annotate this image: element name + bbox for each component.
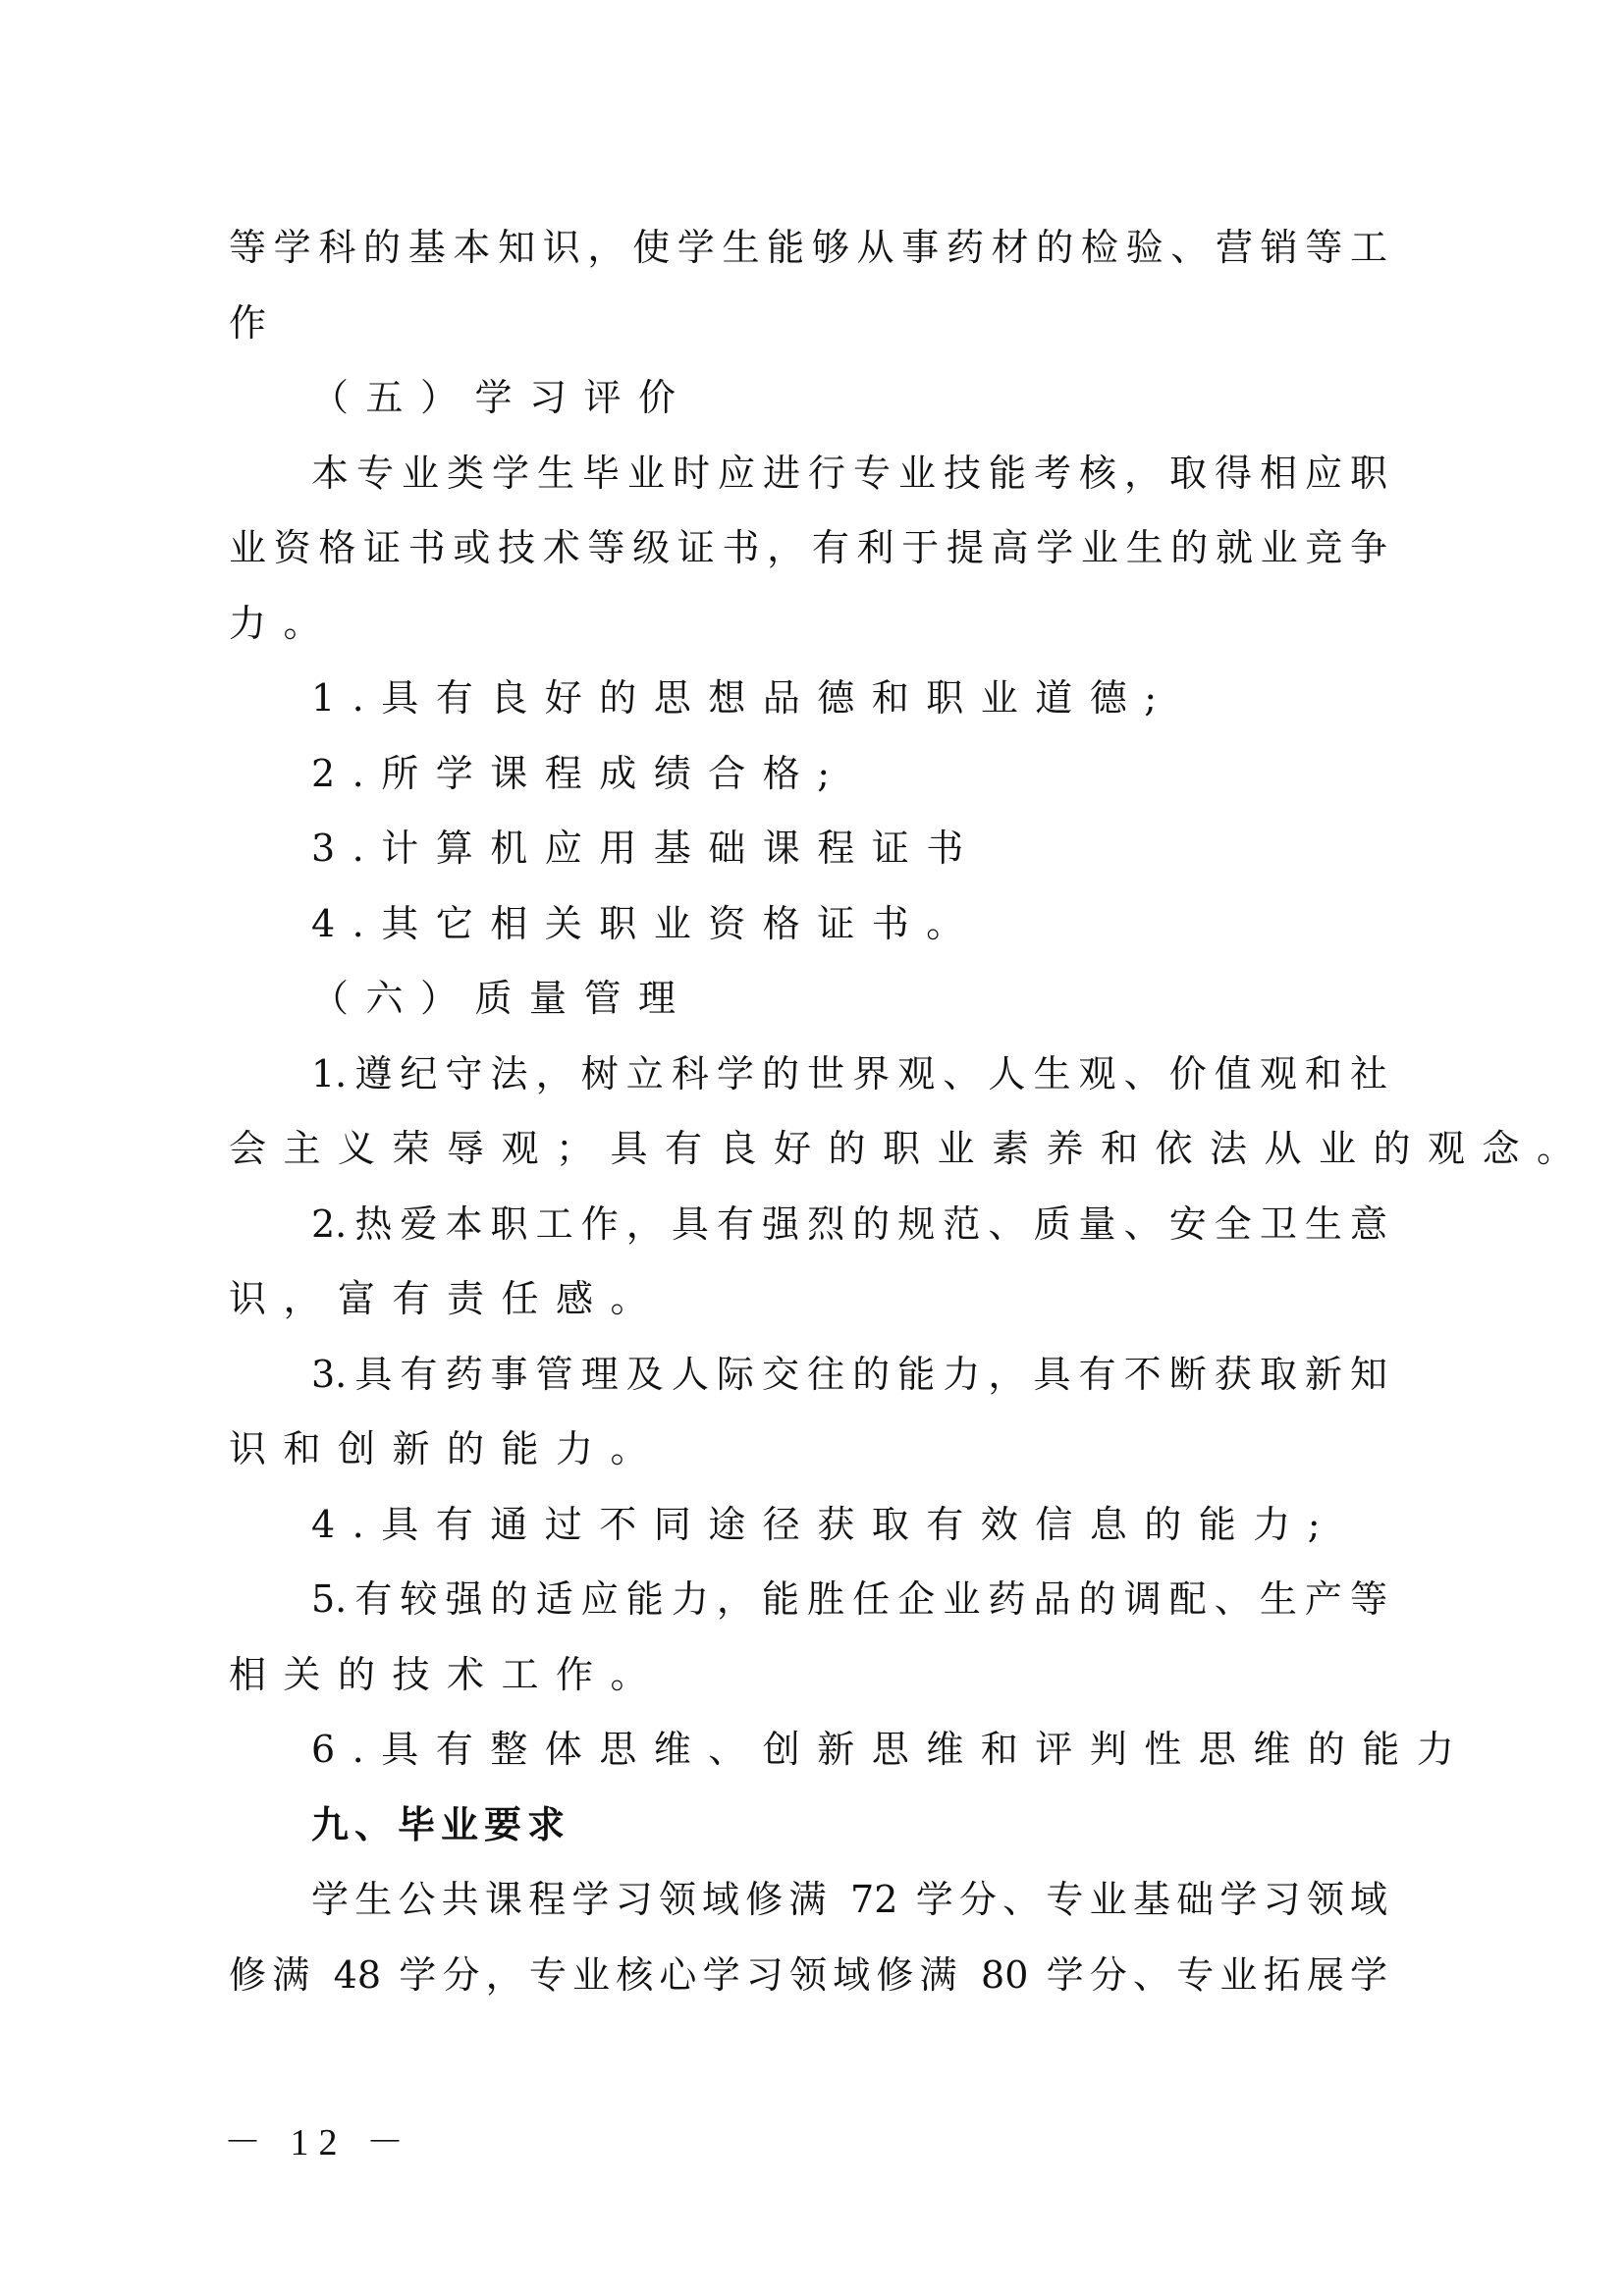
list-item: 4.具有通过不同途径获取有效信息的能力; xyxy=(229,1487,1387,1563)
paragraph-line: 力。 xyxy=(229,586,1387,662)
paragraph-line: 本专业类学生毕业时应进行专业技能考核，取得相应职 xyxy=(229,436,1387,511)
list-item-continuation: 识，富有责任感。 xyxy=(229,1261,1387,1337)
document-page: 等学科的基本知识，使学生能够从事药材的检验、营销等工 作 （五）学习评价 本专业… xyxy=(0,0,1624,2296)
page-number: － 12 － xyxy=(224,2118,413,2167)
list-item: 5.有较强的适应能力，能胜任企业药品的调配、生产等 xyxy=(229,1562,1387,1637)
list-item-continuation: 识和创新的能力。 xyxy=(229,1412,1387,1487)
list-item-continuation: 相关的技术工作。 xyxy=(229,1637,1387,1713)
list-item: 3.具有药事管理及人际交往的能力，具有不断获取新知 xyxy=(229,1337,1387,1413)
section-heading-study-evaluation: （五）学习评价 xyxy=(229,360,1387,436)
list-item-continuation: 会主义荣辱观；具有良好的职业素养和依法从业的观念。 xyxy=(229,1111,1387,1187)
paragraph-line: 学生公共课程学习领域修满 72 学分、专业基础学习领域 xyxy=(229,1862,1387,1938)
paragraph-line: 业资格证书或技术等级证书，有利于提高学业生的就业竞争 xyxy=(229,510,1387,586)
list-item: 4.其它相关职业资格证书。 xyxy=(229,886,1387,962)
document-body: 等学科的基本知识，使学生能够从事药材的检验、营销等工 作 （五）学习评价 本专业… xyxy=(229,210,1387,2012)
paragraph-line: 等学科的基本知识，使学生能够从事药材的检验、营销等工 xyxy=(229,210,1387,286)
list-item: 1.具有良好的思想品德和职业道德; xyxy=(229,661,1387,736)
section-heading-quality-management: （六）质量管理 xyxy=(229,961,1387,1037)
list-item: 2.热爱本职工作，具有强烈的规范、质量、安全卫生意 xyxy=(229,1187,1387,1262)
list-item: 3.计算机应用基础课程证书 xyxy=(229,811,1387,886)
list-item: 2.所学课程成绩合格; xyxy=(229,736,1387,812)
paragraph-line: 修满 48 学分，专业核心学习领域修满 80 学分、专业拓展学 xyxy=(229,1938,1387,2013)
list-item: 6.具有整体思维、创新思维和评判性思维的能力 xyxy=(229,1712,1387,1788)
paragraph-line: 作 xyxy=(229,286,1387,361)
section-heading-graduation-requirements: 九、毕业要求 xyxy=(229,1788,1387,1863)
list-item: 1.遵纪守法，树立科学的世界观、人生观、价值观和社 xyxy=(229,1037,1387,1112)
